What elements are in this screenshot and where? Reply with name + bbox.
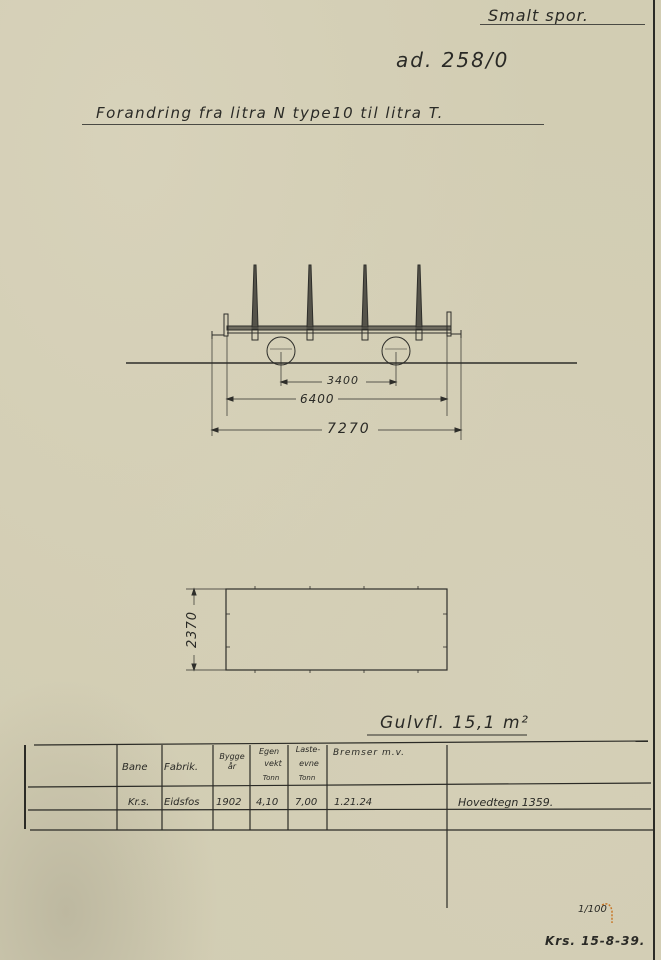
signature-date: Krs. 15-8-39. xyxy=(545,934,645,948)
header-fabrik: Fabrik. xyxy=(164,762,198,773)
cell-bane: Kr.s. xyxy=(128,797,149,808)
cell-egenvekt: 4,10 xyxy=(256,797,278,808)
drawing-sheet: Smalt spor. ad. 258/0 Forandring fra lit… xyxy=(0,0,661,960)
header-egenvekt-1: Egen xyxy=(251,747,287,757)
header-lasteevne-1: Laste- xyxy=(289,745,327,755)
header-lasteevne-2: evne xyxy=(291,759,327,769)
dim-frame-length: 6400 xyxy=(300,392,335,406)
header-egenvekt-unit: Tonn xyxy=(253,773,289,783)
header-bremser: Bremser m.v. xyxy=(333,748,405,758)
cell-note: Hovedtegn 1359. xyxy=(458,796,553,809)
technical-drawing xyxy=(0,0,661,960)
dim-wheelbase: 3400 xyxy=(327,374,359,387)
cell-byggeaar: 1902 xyxy=(216,797,241,808)
data-table-lines xyxy=(25,741,653,908)
cell-fabrik: Eidsfos xyxy=(164,797,200,808)
plan-rect xyxy=(226,589,447,670)
floor-area: Gulvfl. 15,1 m² xyxy=(380,713,529,733)
dim-overall-length: 7270 xyxy=(327,421,371,437)
header-bane: Bane xyxy=(122,762,147,773)
header-lasteevne-unit: Tonn xyxy=(289,773,325,783)
cell-bremser: 1.21.24 xyxy=(334,797,372,808)
header-byggeaar: Bygge år xyxy=(214,752,250,772)
header-egenvekt-2: vekt xyxy=(255,759,291,769)
dim-plan-width: 2370 xyxy=(185,611,200,648)
cell-lasteevne: 7,00 xyxy=(295,797,317,808)
scale-label: 1/100 xyxy=(578,904,607,915)
